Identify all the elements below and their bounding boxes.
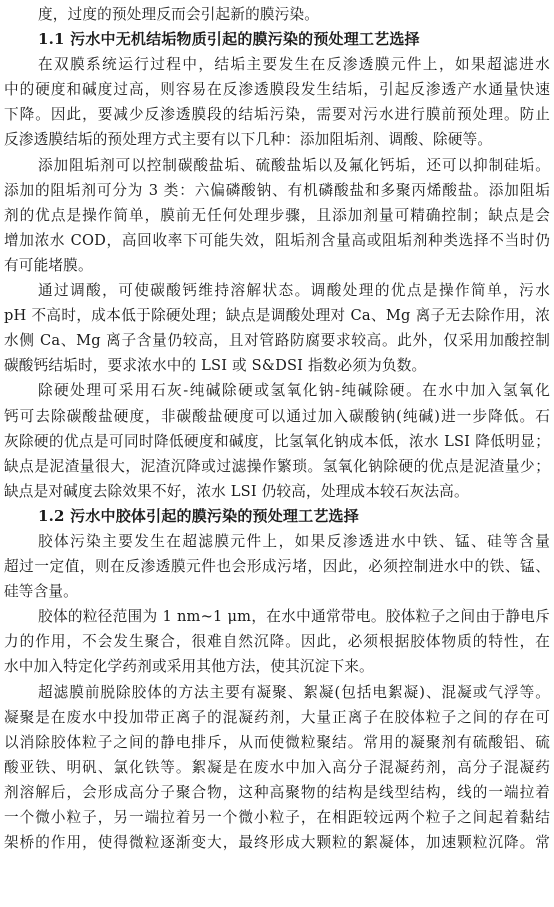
paragraph-line: 以消除胶体粒子之间的静电排斥，从而使微粒聚结。常用的凝聚剂有硫酸铝、硫	[4, 730, 550, 755]
paragraph-line: 硅等含量。	[4, 579, 550, 604]
paragraph-line: 中的硬度和碱度过高，则容易在反渗透膜段发生结垢，引起反渗透产水通量快速	[4, 77, 550, 102]
paragraph-line: 酸亚铁、明矾、氯化铁等。絮凝是在废水中加入高分子混凝药剂，高分子混凝药	[4, 755, 550, 780]
document-page: 度，过度的预处理反而会引起新的膜污染。 1.1 污水中无机结垢物质引起的膜污染的…	[0, 0, 554, 907]
paragraph-line: 胶体污染主要发生在超滤膜元件上，如果反渗透进水中铁、锰、硅等含量	[4, 529, 550, 554]
paragraph-line: 碳酸钙结垢时，要求浓水中的 LSI 或 S&DSI 指数必须为负数。	[4, 353, 550, 378]
paragraph-line: 剂的优点是操作简单，膜前无任何处理步骤，且添加剂量可精确控制；缺点是会	[4, 203, 550, 228]
paragraph-line: 度，过度的预处理反而会引起新的膜污染。	[4, 2, 550, 27]
paragraph-line: 超滤膜前脱除胶体的方法主要有凝聚、絮凝(包括电絮凝)、混凝或气浮等。	[4, 680, 550, 705]
paragraph-line: 通过调酸，可使碳酸钙维持溶解状态。调酸处理的优点是操作简单，污水	[4, 278, 550, 303]
paragraph-line: 水中加入特定化学药剂或采用其他方法，使其沉淀下来。	[4, 654, 550, 679]
paragraph-line: 增加浓水 COD，高回收率下可能失效，阻垢剂含量高或阻垢剂种类选择不当时仍	[4, 228, 550, 253]
paragraph-line: 除硬处理可采用石灰-纯碱除硬或氢氧化钠-纯碱除硬。在水中加入氢氧化	[4, 378, 550, 403]
paragraph-line: 水侧 Ca、Mg 离子含量仍较高，且对管路防腐要求较高。此外，仅采用加酸控制	[4, 328, 550, 353]
paragraph-line: 缺点是对碱度去除效果不好，浓水 LSI 仍较高，处理成本较石灰法高。	[4, 479, 550, 504]
paragraph-line: 胶体的粒径范围为 1 nm~1 μm，在水中通常带电。胶体粒子之间由于静电斥	[4, 604, 550, 629]
paragraph-line: 下降。因此，要减少反渗透膜段的结垢污染，需要对污水进行膜前预处理。防止	[4, 102, 550, 127]
section-heading-1-1: 1.1 污水中无机结垢物质引起的膜污染的预处理工艺选择	[4, 27, 550, 52]
paragraph-line: 反渗透膜结垢的预处理方式主要有以下几种：添加阻垢剂、调酸、除硬等。	[4, 127, 550, 152]
paragraph-line: 钙可去除碳酸盐硬度，非碳酸盐硬度可以通过加入碳酸钠(纯碱)进一步降低。石	[4, 404, 550, 429]
paragraph-line: 添加的阻垢剂可分为 3 类：六偏磷酸钠、有机磷酸盐和多聚丙烯酸盐。添加阻垢	[4, 178, 550, 203]
section-heading-1-2: 1.2 污水中胶体引起的膜污染的预处理工艺选择	[4, 504, 550, 529]
paragraph-line: 超过一定值，则在反渗透膜元件也会形成污堵，因此，必须控制进水中的铁、锰、	[4, 554, 550, 579]
paragraph-line: pH 不高时，成本低于除硬处理；缺点是调酸处理对 Ca、Mg 离子无去除作用，浓	[4, 303, 550, 328]
paragraph-line: 在双膜系统运行过程中，结垢主要发生在反渗透膜元件上，如果超滤进水	[4, 52, 550, 77]
paragraph-line: 有可能堵膜。	[4, 253, 550, 278]
paragraph-line: 力的作用，不会发生聚合，很难自然沉降。因此，必须根据胶体物质的特性，在	[4, 629, 550, 654]
paragraph-line: 添加阻垢剂可以控制碳酸盐垢、硫酸盐垢以及氟化钙垢，还可以抑制硅垢。	[4, 153, 550, 178]
paragraph-line: 灰除硬的优点是可同时降低硬度和碱度，比氢氧化钠成本低，浓水 LSI 降低明显；	[4, 429, 550, 454]
paragraph-line: 剂溶解后，会形成高分子聚合物，这种高聚物的结构是线型结构，线的一端拉着	[4, 780, 550, 805]
paragraph-line: 一个微小粒子，另一端拉着另一个微小粒子，在相距较远两个粒子之间起着黏结	[4, 805, 550, 830]
paragraph-line: 凝聚是在废水中投加带正离子的混凝药剂，大量正离子在胶体粒子之间的存在可	[4, 705, 550, 730]
paragraph-line: 架桥的作用，使得微粒逐渐变大，最终形成大颗粒的絮凝体，加速颗粒沉降。常	[4, 830, 550, 855]
paragraph-line: 缺点是泥渣量很大，泥渣沉降或过滤操作繁琐。氢氧化钠除硬的优点是泥渣量少；	[4, 454, 550, 479]
